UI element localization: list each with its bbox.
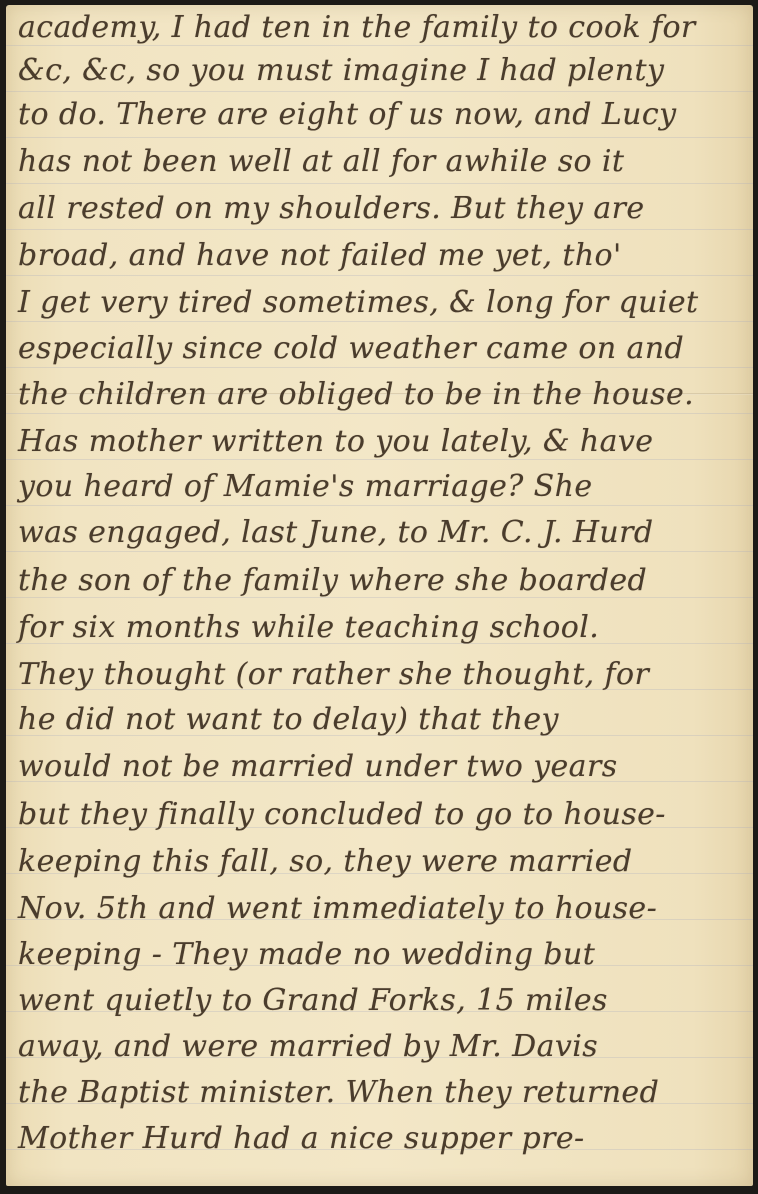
text-line: for six months while teaching school. xyxy=(18,608,745,648)
text-line: to do. There are eight of us now, and Lu… xyxy=(18,95,745,135)
text-line: especially since cold weather came on an… xyxy=(18,329,745,369)
text-line: the Baptist minister. When they returned xyxy=(18,1073,745,1113)
text-line: academy, I had ten in the family to cook… xyxy=(18,8,745,48)
text-line: Nov. 5th and went immediately to house- xyxy=(18,889,745,929)
text-line: you heard of Mamie's marriage? She xyxy=(18,467,745,507)
text-line: keeping - They made no wedding but xyxy=(18,935,745,975)
text-line: keeping this fall, so, they were married xyxy=(18,842,745,882)
text-line: was engaged, last June, to Mr. C. J. Hur… xyxy=(18,513,745,553)
text-line: all rested on my shoulders. But they are xyxy=(18,189,745,229)
text-line: but they finally concluded to go to hous… xyxy=(18,795,745,835)
text-line: went quietly to Grand Forks, 15 miles xyxy=(18,981,745,1021)
text-line: away, and were married by Mr. Davis xyxy=(18,1027,745,1067)
text-line: I get very tired sometimes, & long for q… xyxy=(18,283,745,323)
text-line: the son of the family where she boarded xyxy=(18,561,745,601)
handwritten-text: academy, I had ten in the family to cook… xyxy=(6,5,753,1186)
letter-page: academy, I had ten in the family to cook… xyxy=(6,5,753,1186)
scan-frame: academy, I had ten in the family to cook… xyxy=(0,0,758,1194)
text-line: the children are obliged to be in the ho… xyxy=(18,375,745,415)
text-line: &c, &c, so you must imagine I had plenty xyxy=(18,51,745,91)
text-line: Mother Hurd had a nice supper pre- xyxy=(18,1119,745,1159)
text-line: he did not want to delay) that they xyxy=(18,700,745,740)
text-line: has not been well at all for awhile so i… xyxy=(18,142,745,182)
text-line: They thought (or rather she thought, for xyxy=(18,655,745,695)
text-line: would not be married under two years xyxy=(18,747,745,787)
text-line: broad, and have not failed me yet, tho' xyxy=(18,236,745,276)
text-line: Has mother written to you lately, & have xyxy=(18,422,745,462)
